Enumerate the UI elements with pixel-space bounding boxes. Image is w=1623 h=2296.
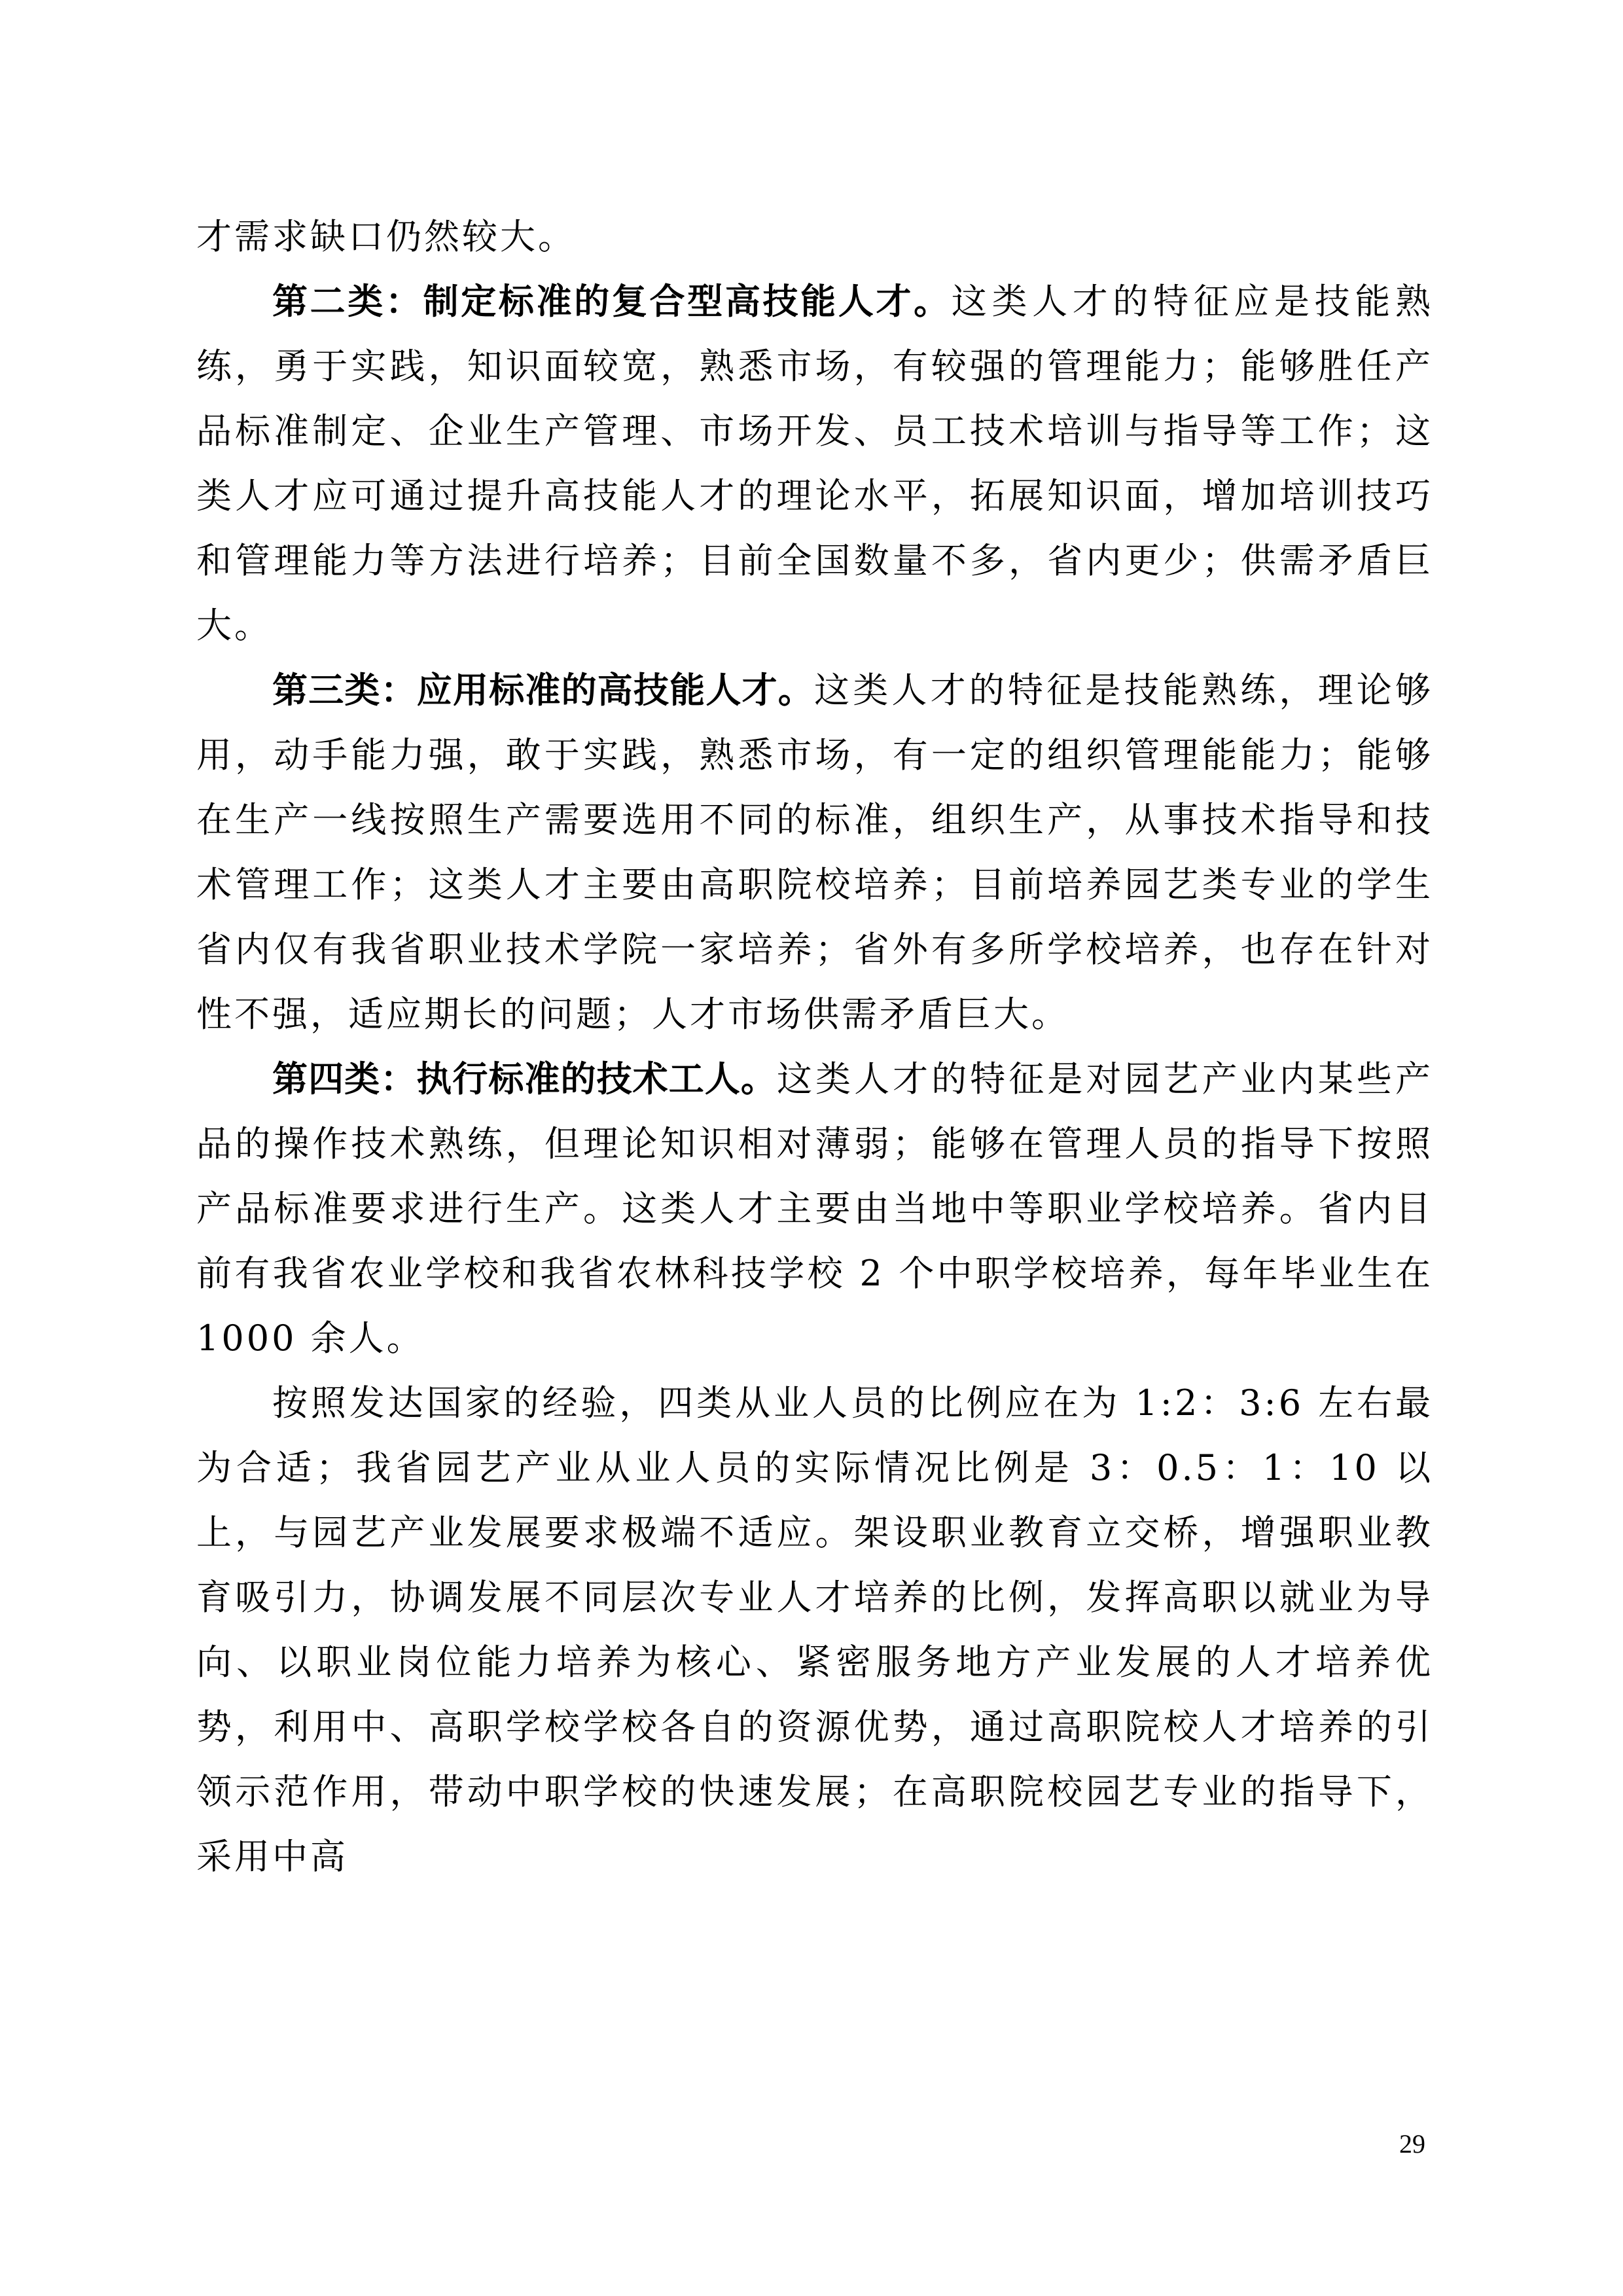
paragraph-lead-heading: 第二类：制定标准的复合型高技能人才。	[272, 281, 952, 322]
paragraph-lead-heading: 第四类：执行标准的技术工人。	[272, 1058, 777, 1100]
paragraph-continuation: 才需求缺口仍然较大。	[196, 204, 1433, 269]
paragraph-category-four: 第四类：执行标准的技术工人。这类人才的特征是对园艺产业内某些产品的操作技术熟练，…	[196, 1047, 1433, 1371]
paragraph-text: 这类人才的特征是对园艺产业内某些产品的操作技术熟练，但理论知识相对薄弱；能够在管…	[196, 1058, 1433, 1359]
paragraph-text: 才需求缺口仍然较大。	[196, 216, 576, 257]
document-page: 才需求缺口仍然较大。 第二类：制定标准的复合型高技能人才。这类人才的特征应是技能…	[0, 0, 1623, 2296]
paragraph-category-three: 第三类：应用标准的高技能人才。这类人才的特征是技能熟练，理论够用，动手能力强，敢…	[196, 658, 1433, 1047]
page-number: 29	[1399, 2128, 1425, 2159]
paragraph-lead-heading: 第三类：应用标准的高技能人才。	[272, 670, 814, 711]
paragraph-text: 这类人才的特征是技能熟练，理论够用，动手能力强，敢于实践，熟悉市场，有一定的组织…	[196, 670, 1433, 1035]
paragraph-ratio-analysis: 按照发达国家的经验，四类从业人员的比例应在为 1:2：3:6 左右最为合适；我省…	[196, 1371, 1433, 1889]
paragraph-category-two: 第二类：制定标准的复合型高技能人才。这类人才的特征应是技能熟练，勇于实践，知识面…	[196, 269, 1433, 658]
paragraph-text: 按照发达国家的经验，四类从业人员的比例应在为 1:2：3:6 左右最为合适；我省…	[196, 1382, 1433, 1877]
paragraph-text: 这类人才的特征应是技能熟练，勇于实践，知识面较宽，熟悉市场，有较强的管理能力；能…	[196, 281, 1433, 646]
body-text: 才需求缺口仍然较大。 第二类：制定标准的复合型高技能人才。这类人才的特征应是技能…	[196, 204, 1433, 1889]
